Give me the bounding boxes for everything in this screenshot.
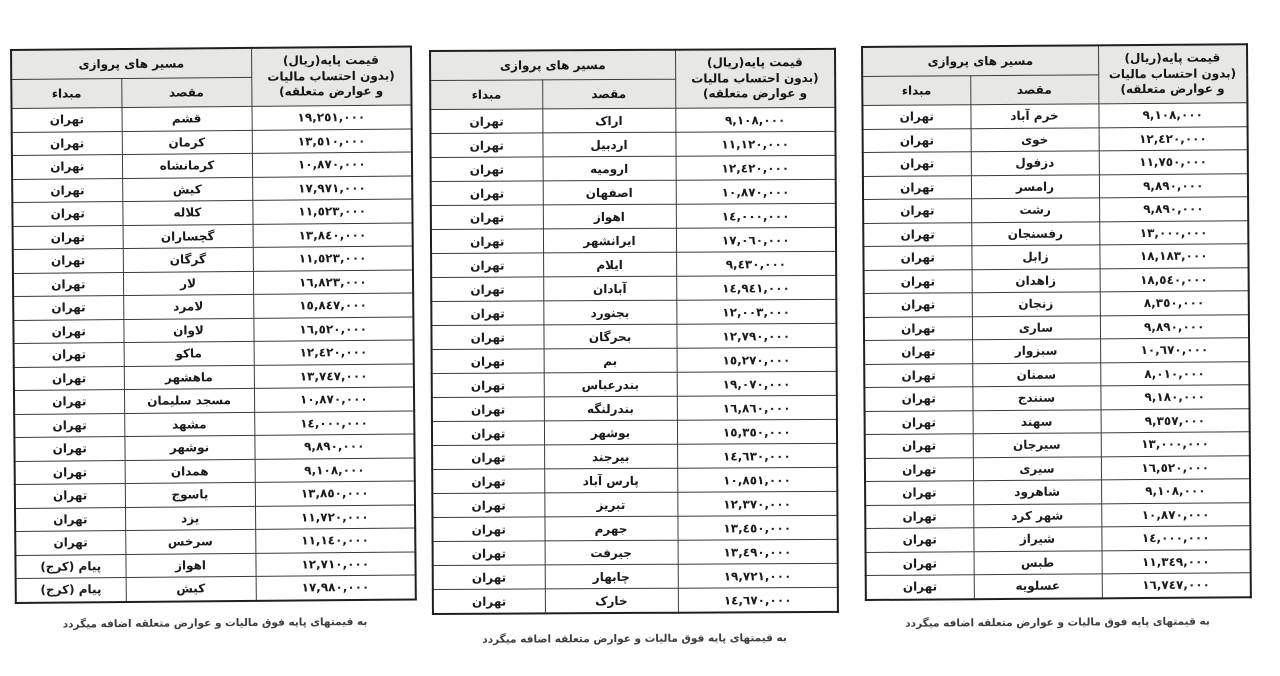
destination-cell: چابهار bbox=[545, 564, 678, 589]
routes-table-middle-section: مسیر های پروازی قیمت پایه(ریال) (بدون اح… bbox=[429, 48, 837, 646]
price-cell: ١١,٣٤٩,٠٠٠ bbox=[1102, 549, 1251, 574]
destination-cell: رشت bbox=[971, 198, 1099, 222]
destination-cell: آبادان bbox=[543, 276, 676, 301]
price-cell: ٩,٨٩٠,٠٠٠ bbox=[1099, 197, 1248, 222]
origin-cell: تهران bbox=[866, 575, 974, 600]
origin-cell: تهران bbox=[864, 293, 972, 317]
price-cell: ١٤,٩٤١,٠٠٠ bbox=[676, 275, 836, 300]
destination-cell: خوی bbox=[971, 127, 1099, 151]
table-body: تهرانقشم١٩,٢٥١,٠٠٠تهرانکرمان١٣,٥١٠,٠٠٠ته… bbox=[12, 105, 416, 602]
footer-note: به قیمتهای پایه فوق مالیات و عوارض متعلق… bbox=[865, 615, 1250, 630]
destination-cell: ساری bbox=[972, 315, 1100, 339]
price-cell: ١٦,٨٦٠,٠٠٠ bbox=[677, 395, 837, 420]
origin-cell: تهران bbox=[15, 531, 125, 555]
destination-cell: عسلویه bbox=[974, 574, 1102, 599]
price-cell: ١١,١٢٠,٠٠٠ bbox=[675, 131, 835, 156]
destination-cell: اهواز bbox=[125, 553, 255, 578]
origin-cell: تهران bbox=[14, 390, 124, 414]
destination-cell: سمنان bbox=[972, 362, 1100, 386]
table-row: تهرانبندرلنگه١٦,٨٦٠,٠٠٠ bbox=[432, 395, 837, 421]
destination-cell: کرمان bbox=[122, 130, 252, 155]
origin-cell: تهران bbox=[432, 445, 544, 470]
destination-cell: طبس bbox=[974, 550, 1102, 574]
routes-table-right-section: مسیر های پروازی قیمت پایه(ریال) (بدون اح… bbox=[861, 43, 1250, 629]
routes-table-middle: مسیر های پروازی قیمت پایه(ریال) (بدون اح… bbox=[429, 48, 839, 615]
table-row: تهرانکلاله١١,٥٢٣,٠٠٠ bbox=[12, 199, 412, 226]
origin-cell: تهران bbox=[431, 157, 543, 182]
origin-cell: تهران bbox=[13, 249, 123, 273]
price-header-line2: (بدون احتساب مالیات bbox=[678, 71, 833, 87]
origin-cell: تهران bbox=[15, 507, 125, 531]
origin-cell: تهران bbox=[864, 340, 972, 364]
table-row: تهرانکرمان١٣,٥١٠,٠٠٠ bbox=[12, 128, 412, 155]
table-row: پیام (کرج)کیش١٧,٩٨٠,٠٠٠ bbox=[16, 575, 416, 602]
destination-cell: نوشهر bbox=[124, 435, 254, 460]
price-cell: ١٢,٤٢٠,٠٠٠ bbox=[1099, 126, 1248, 151]
price-cell: ١٢,٤٢٠,٠٠٠ bbox=[254, 340, 414, 365]
origin-cell: تهران bbox=[431, 205, 543, 230]
price-cell: ١١,٧٥٠,٠٠٠ bbox=[1099, 150, 1248, 175]
origin-cell: تهران bbox=[865, 434, 973, 458]
origin-cell: تهران bbox=[14, 366, 124, 390]
destination-cell: کیش bbox=[122, 177, 252, 202]
price-header-line1: قیمت پایه(ریال) bbox=[678, 55, 833, 71]
price-cell: ١٣,٧٤٧,٠٠٠ bbox=[254, 363, 414, 388]
origin-cell: تهران bbox=[12, 178, 122, 202]
table-row: تهرانشاهرود٩,١٠٨,٠٠٠ bbox=[865, 479, 1250, 505]
destination-cell: بوشهر bbox=[544, 420, 677, 445]
origin-cell: تهران bbox=[864, 316, 972, 340]
destination-header: مقصد bbox=[542, 79, 675, 109]
routes-table-right: مسیر های پروازی قیمت پایه(ریال) (بدون اح… bbox=[861, 43, 1252, 600]
price-cell: ١٦,٨٢٣,٠٠٠ bbox=[253, 269, 413, 294]
table-row: تهرانبحرگان١٢,٧٩٠,٠٠٠ bbox=[431, 323, 836, 349]
table-row: تهرانلاوان١٦,٥٢٠,٠٠٠ bbox=[13, 316, 413, 343]
price-cell: ١٤,٦٣٠,٠٠٠ bbox=[677, 443, 837, 468]
price-header: قیمت پایه(ریال) (بدون احتساب مالیات و عو… bbox=[1098, 44, 1247, 104]
table-row: تهراناراک٩,١٠٨,٠٠٠ bbox=[430, 107, 835, 133]
destination-cell: کرمانشاه bbox=[122, 153, 252, 178]
origin-cell: تهران bbox=[13, 319, 123, 343]
table-row: تهرانگرگان١١,٥٢٣,٠٠٠ bbox=[13, 246, 413, 273]
price-cell: ٩,٨٩٠,٠٠٠ bbox=[254, 434, 414, 459]
table-row: تهرانهمدان٩,١٠٨,٠٠٠ bbox=[15, 457, 415, 484]
destination-cell: رفسنجان bbox=[971, 221, 1099, 245]
routes-header: مسیر های پروازی bbox=[430, 50, 675, 81]
price-cell: ١٤,٠٠٠,٠٠٠ bbox=[676, 203, 836, 228]
table-row: تهرانلار١٦,٨٢٣,٠٠٠ bbox=[13, 269, 413, 296]
table-row: تهرانکیش١٧,٩٧١,٠٠٠ bbox=[12, 175, 412, 202]
table-row: تهرانشیراز١٤,٠٠٠,٠٠٠ bbox=[865, 526, 1250, 552]
origin-cell: تهران bbox=[862, 105, 970, 129]
price-header-line2: (بدون احتساب مالیات bbox=[1101, 66, 1245, 83]
destination-cell: ماکو bbox=[124, 341, 254, 366]
table-header: مسیر های پروازی قیمت پایه(ریال) (بدون اح… bbox=[862, 44, 1247, 105]
table-row: تهرانجیرفت١٣,٤٩٠,٠٠٠ bbox=[433, 539, 838, 565]
price-header-line3: و عوارض متعلقه) bbox=[254, 84, 409, 101]
destination-cell: جیرفت bbox=[545, 540, 678, 565]
destination-cell: سبزوار bbox=[972, 339, 1100, 363]
destination-cell: قشم bbox=[122, 106, 252, 131]
table-row: تهرانسبزوار١٠,٦٧٠,٠٠٠ bbox=[864, 338, 1249, 364]
table-row: تهرانسنندج٩,١٨٠,٠٠٠ bbox=[864, 385, 1249, 411]
destination-cell: خرم آباد bbox=[970, 104, 1098, 128]
price-cell: ١٧,٠٦٠,٠٠٠ bbox=[676, 227, 836, 252]
origin-cell: تهران bbox=[12, 108, 122, 132]
destination-cell: کلاله bbox=[122, 200, 252, 225]
destination-cell: مشهد bbox=[124, 412, 254, 437]
origin-cell: تهران bbox=[12, 131, 122, 155]
destination-cell: گچساران bbox=[123, 224, 253, 249]
destination-cell: تبریز bbox=[544, 492, 677, 517]
origin-cell: تهران bbox=[430, 109, 542, 134]
price-cell: ١٣,٤٩٠,٠٠٠ bbox=[678, 539, 838, 564]
table-row: تهرانخوی١٢,٤٢٠,٠٠٠ bbox=[863, 126, 1248, 152]
origin-cell: تهران bbox=[432, 469, 544, 494]
price-cell: ٩,٨٩٠,٠٠٠ bbox=[1099, 173, 1248, 198]
table-row: تهرانزنجان٨,٣٥٠,٠٠٠ bbox=[864, 291, 1249, 317]
origin-cell: تهران bbox=[432, 421, 544, 446]
table-body: تهرانخرم آباد٩,١٠٨,٠٠٠تهرانخوی١٢,٤٢٠,٠٠٠… bbox=[862, 103, 1250, 600]
table-row: تهراناهواز١٤,٠٠٠,٠٠٠ bbox=[431, 203, 836, 229]
destination-cell: اردبیل bbox=[542, 132, 675, 157]
origin-cell: تهران bbox=[14, 343, 124, 367]
table-row: تهرانماهشهر١٣,٧٤٧,٠٠٠ bbox=[14, 363, 414, 390]
destination-cell: بحرگان bbox=[543, 324, 676, 349]
table-row: تهرانبم١٥,٢٧٠,٠٠٠ bbox=[432, 347, 837, 373]
table-row: تهرانایرانشهر١٧,٠٦٠,٠٠٠ bbox=[431, 227, 836, 253]
price-cell: ١٣,٥١٠,٠٠٠ bbox=[252, 128, 412, 153]
price-cell: ١٥,٣٥٠,٠٠٠ bbox=[677, 419, 837, 444]
price-cell: ١٠,٨٥١,٠٠٠ bbox=[677, 467, 837, 492]
routes-table-left-section: مسیر های پروازی قیمت پایه(ریال) (بدون اح… bbox=[10, 46, 415, 631]
price-header: قیمت پایه(ریال) (بدون احتساب مالیات و عو… bbox=[251, 47, 412, 107]
table-row: تهرانبوشهر١٥,٣٥٠,٠٠٠ bbox=[432, 419, 837, 445]
table-row: تهرانقشم١٩,٢٥١,٠٠٠ bbox=[12, 105, 412, 132]
footer-note: به قیمتهای پایه فوق مالیات و عوارض متعلق… bbox=[432, 632, 837, 646]
footer-note: به قیمتهای پایه فوق مالیات و عوارض متعلق… bbox=[15, 615, 415, 630]
price-cell: ٩,١٠٨,٠٠٠ bbox=[1101, 479, 1250, 504]
destination-cell: همدان bbox=[125, 459, 255, 484]
price-cell: ١٥,٨٤٧,٠٠٠ bbox=[253, 293, 413, 318]
destination-cell: بندرعباس bbox=[544, 372, 677, 397]
table-row: تهرانکرمانشاه١٠,٨٧٠,٠٠٠ bbox=[12, 152, 412, 179]
table-row: تهرانارومیه١٢,٤٢٠,٠٠٠ bbox=[431, 155, 836, 181]
origin-cell: تهران bbox=[865, 528, 973, 552]
origin-cell: تهران bbox=[13, 225, 123, 249]
price-cell: ١١,٥٢٣,٠٠٠ bbox=[252, 199, 412, 224]
origin-cell: تهران bbox=[431, 325, 543, 350]
origin-cell: تهران bbox=[14, 413, 124, 437]
destination-header: مقصد bbox=[970, 75, 1098, 105]
table-row: تهرانمسجد سلیمان١٠,٨٧٠,٠٠٠ bbox=[14, 387, 414, 414]
destination-cell: ایلام bbox=[543, 252, 676, 277]
price-cell: ١٤,٠٠٠,٠٠٠ bbox=[254, 410, 414, 435]
origin-cell: تهران bbox=[431, 301, 543, 326]
origin-cell: تهران bbox=[863, 246, 971, 270]
price-header-line1: قیمت پایه(ریال) bbox=[254, 53, 409, 70]
origin-cell: تهران bbox=[14, 437, 124, 461]
origin-cell: تهران bbox=[864, 269, 972, 293]
table-row: تهرانشهر کرد١٠,٨٧٠,٠٠٠ bbox=[865, 502, 1250, 528]
price-cell: ٨,٣٥٠,٠٠٠ bbox=[1100, 291, 1249, 316]
price-cell: ٨,٠١٠,٠٠٠ bbox=[1100, 361, 1249, 386]
destination-cell: سیری bbox=[973, 456, 1101, 480]
destination-cell: شاهرود bbox=[973, 480, 1101, 504]
price-header-line3: و عوارض متعلقه) bbox=[678, 86, 833, 102]
table-row: تهرانسیری١٦,٥٢٠,٠٠٠ bbox=[865, 455, 1250, 481]
table-row: تهرانآبادان١٤,٩٤١,٠٠٠ bbox=[431, 275, 836, 301]
origin-cell: تهران bbox=[865, 504, 973, 528]
destination-cell: جهرم bbox=[544, 516, 677, 541]
table-row: تهراناردبیل١١,١٢٠,٠٠٠ bbox=[430, 131, 835, 157]
destination-cell: ماهشهر bbox=[124, 365, 254, 390]
table-row: تهرانپارس آباد١٠,٨٥١,٠٠٠ bbox=[432, 467, 837, 493]
price-cell: ٩,٨٩٠,٠٠٠ bbox=[1100, 314, 1249, 339]
origin-cell: تهران bbox=[866, 551, 974, 575]
destination-cell: گرگان bbox=[123, 247, 253, 272]
origin-cell: تهران bbox=[432, 397, 544, 422]
table-row: پیام (کرج)اهواز١٢,٧١٠,٠٠٠ bbox=[15, 551, 415, 578]
origin-cell: تهران bbox=[433, 565, 545, 590]
price-cell: ١٠,٨٧٠,٠٠٠ bbox=[1101, 502, 1250, 527]
table-row: تهرانیزد١١,٧٢٠,٠٠٠ bbox=[15, 504, 415, 531]
table-row: تهرانساری٩,٨٩٠,٠٠٠ bbox=[864, 314, 1249, 340]
table-row: تهرانزاهدان١٨,٥٤٠,٠٠٠ bbox=[864, 267, 1249, 293]
origin-cell: تهران bbox=[431, 181, 543, 206]
price-cell: ١٣,٨٤٠,٠٠٠ bbox=[253, 222, 413, 247]
price-cell: ١١,٧٢٠,٠٠٠ bbox=[255, 504, 415, 529]
destination-cell: بم bbox=[544, 348, 677, 373]
destination-cell: زنجان bbox=[972, 292, 1100, 316]
origin-cell: تهران bbox=[431, 253, 543, 278]
origin-cell: تهران bbox=[12, 155, 122, 179]
table-row: تهرانلامرد١٥,٨٤٧,٠٠٠ bbox=[13, 293, 413, 320]
price-cell: ٩,١٠٨,٠٠٠ bbox=[1098, 103, 1247, 128]
destination-cell: لار bbox=[123, 271, 253, 296]
origin-cell: تهران bbox=[865, 410, 973, 434]
price-cell: ١٠,٨٧٠,٠٠٠ bbox=[252, 152, 412, 177]
destination-cell: شیراز bbox=[973, 527, 1101, 551]
price-header-line3: و عوارض متعلقه) bbox=[1101, 82, 1245, 99]
price-cell: ١٤,٦٧٠,٠٠٠ bbox=[678, 587, 838, 612]
table-row: تهرانیاسوج١٣,٨٥٠,٠٠٠ bbox=[15, 481, 415, 508]
table-row: تهرانچابهار١٩,٧٢١,٠٠٠ bbox=[433, 563, 838, 589]
destination-cell: سهند bbox=[973, 409, 1101, 433]
price-cell: ٩,١٠٨,٠٠٠ bbox=[255, 457, 415, 482]
destination-cell: اصفهان bbox=[543, 180, 676, 205]
table-row: تهرانگچساران١٣,٨٤٠,٠٠٠ bbox=[13, 222, 413, 249]
destination-cell: زابل bbox=[971, 245, 1099, 269]
price-cell: ١٢,٧١٠,٠٠٠ bbox=[255, 551, 415, 576]
table-row: تهرانرفسنجان١٣,٠٠٠,٠٠٠ bbox=[863, 220, 1248, 246]
origin-cell: تهران bbox=[15, 484, 125, 508]
destination-cell: خارک bbox=[545, 588, 678, 613]
table-row: تهرانخارک١٤,٦٧٠,٠٠٠ bbox=[433, 587, 838, 614]
destination-cell: شهر کرد bbox=[973, 503, 1101, 527]
price-cell: ٩,١٨٠,٠٠٠ bbox=[1100, 385, 1249, 410]
price-cell: ١٨,٥٤٠,٠٠٠ bbox=[1100, 267, 1249, 292]
table-row: تهرانبیرجند١٤,٦٣٠,٠٠٠ bbox=[432, 443, 837, 469]
price-cell: ١١,١٤٠,٠٠٠ bbox=[255, 528, 415, 553]
origin-cell: تهران bbox=[863, 199, 971, 223]
price-cell: ١٨,١٨٣,٠٠٠ bbox=[1099, 244, 1248, 269]
table-row: تهرانطبس١١,٣٤٩,٠٠٠ bbox=[866, 549, 1251, 575]
origin-cell: پیام (کرج) bbox=[15, 554, 125, 578]
price-cell: ١٣,٨٥٠,٠٠٠ bbox=[255, 481, 415, 506]
price-cell: ١٥,٢٧٠,٠٠٠ bbox=[677, 347, 837, 372]
origin-cell: تهران bbox=[863, 128, 971, 152]
origin-cell: تهران bbox=[431, 229, 543, 254]
destination-cell: یاسوج bbox=[125, 482, 255, 507]
table-body: تهراناراک٩,١٠٨,٠٠٠تهراناردبیل١١,١٢٠,٠٠٠ت… bbox=[430, 107, 838, 614]
destination-cell: ارومیه bbox=[543, 156, 676, 181]
origin-cell: تهران bbox=[432, 349, 544, 374]
table-row: تهرانخرم آباد٩,١٠٨,٠٠٠ bbox=[862, 103, 1247, 129]
table-header: مسیر های پروازی قیمت پایه(ریال) (بدون اح… bbox=[11, 47, 412, 109]
price-cell: ١٤,٠٠٠,٠٠٠ bbox=[1101, 526, 1250, 551]
origin-header: مبداء bbox=[430, 80, 542, 110]
table-header: مسیر های پروازی قیمت پایه(ریال) (بدون اح… bbox=[430, 49, 835, 110]
price-cell: ١٦,٥٢٠,٠٠٠ bbox=[253, 316, 413, 341]
price-cell: ١٩,٢٥١,٠٠٠ bbox=[252, 105, 412, 130]
table-row: تهرانبجنورد١٢,٠٠٣,٠٠٠ bbox=[431, 299, 836, 325]
origin-cell: تهران bbox=[433, 589, 545, 614]
price-cell: ١٠,٨٧٠,٠٠٠ bbox=[254, 387, 414, 412]
table-row: تهرانجهرم١٣,٤٥٠,٠٠٠ bbox=[432, 515, 837, 541]
destination-cell: لاوان bbox=[123, 318, 253, 343]
price-cell: ١٩,٠٧٠,٠٠٠ bbox=[677, 371, 837, 396]
table-row: تهرانسیرجان١٣,٠٠٠,٠٠٠ bbox=[865, 432, 1250, 458]
table-row: تهرانسرخس١١,١٤٠,٠٠٠ bbox=[15, 528, 415, 555]
price-cell: ١٩,٧٢١,٠٠٠ bbox=[678, 563, 838, 588]
origin-header: مبداء bbox=[862, 76, 970, 106]
table-row: تهرانعسلویه١٦,٧٤٧,٠٠٠ bbox=[866, 573, 1251, 600]
table-row: تهرانرامسر٩,٨٩٠,٠٠٠ bbox=[863, 173, 1248, 199]
origin-cell: تهران bbox=[863, 222, 971, 246]
price-cell: ٩,٣٥٧,٠٠٠ bbox=[1101, 408, 1250, 433]
destination-cell: لامرد bbox=[123, 294, 253, 319]
table-row: تهرانبندرعباس١٩,٠٧٠,٠٠٠ bbox=[432, 371, 837, 397]
table-row: تهرانسهند٩,٣٥٧,٠٠٠ bbox=[865, 408, 1250, 434]
destination-cell: دزفول bbox=[971, 151, 1099, 175]
table-row: تهرانماکو١٢,٤٢٠,٠٠٠ bbox=[14, 340, 414, 367]
origin-cell: تهران bbox=[863, 175, 971, 199]
destination-cell: بندرلنگه bbox=[544, 396, 677, 421]
destination-cell: اهواز bbox=[543, 204, 676, 229]
origin-cell: تهران bbox=[864, 387, 972, 411]
origin-cell: تهران bbox=[13, 296, 123, 320]
table-row: تهرانسمنان٨,٠١٠,٠٠٠ bbox=[864, 361, 1249, 387]
price-cell: ١٢,٤٢٠,٠٠٠ bbox=[676, 155, 836, 180]
destination-cell: اراک bbox=[542, 108, 675, 133]
routes-table-left: مسیر های پروازی قیمت پایه(ریال) (بدون اح… bbox=[10, 45, 417, 603]
price-cell: ١٠,٨٧٠,٠٠٠ bbox=[676, 179, 836, 204]
origin-cell: پیام (کرج) bbox=[16, 578, 126, 603]
price-cell: ١٧,٩٧١,٠٠٠ bbox=[252, 175, 412, 200]
price-header: قیمت پایه(ریال) (بدون احتساب مالیات و عو… bbox=[675, 49, 835, 108]
price-cell: ١٢,٠٠٣,٠٠٠ bbox=[676, 299, 836, 324]
destination-cell: کیش bbox=[126, 576, 256, 601]
origin-cell: تهران bbox=[12, 202, 122, 226]
destination-cell: رامسر bbox=[971, 174, 1099, 198]
origin-cell: تهران bbox=[431, 277, 543, 302]
routes-header: مسیر های پروازی bbox=[11, 48, 251, 80]
price-cell: ١٧,٩٨٠,٠٠٠ bbox=[256, 575, 416, 600]
origin-cell: تهران bbox=[432, 517, 544, 542]
table-row: تهرانرشت٩,٨٩٠,٠٠٠ bbox=[863, 197, 1248, 223]
price-cell: ١٢,٧٩٠,٠٠٠ bbox=[676, 323, 836, 348]
price-cell: ١٣,٠٠٠,٠٠٠ bbox=[1099, 220, 1248, 245]
origin-cell: تهران bbox=[430, 133, 542, 158]
origin-cell: تهران bbox=[865, 481, 973, 505]
price-cell: ١٦,٥٢٠,٠٠٠ bbox=[1101, 455, 1250, 480]
table-row: تهراننوشهر٩,٨٩٠,٠٠٠ bbox=[14, 434, 414, 461]
origin-cell: تهران bbox=[865, 457, 973, 481]
origin-cell: تهران bbox=[863, 152, 971, 176]
destination-cell: پارس آباد bbox=[544, 468, 677, 493]
price-cell: ٩,١٠٨,٠٠٠ bbox=[675, 107, 835, 132]
destination-cell: بیرجند bbox=[544, 444, 677, 469]
origin-cell: تهران bbox=[432, 373, 544, 398]
origin-cell: تهران bbox=[864, 363, 972, 387]
price-cell: ١٣,٤٥٠,٠٠٠ bbox=[677, 515, 837, 540]
price-cell: ١٠,٦٧٠,٠٠٠ bbox=[1100, 338, 1249, 363]
price-cell: ٩,٤٣٠,٠٠٠ bbox=[676, 251, 836, 276]
price-cell: ١٢,٣٧٠,٠٠٠ bbox=[677, 491, 837, 516]
destination-header: مقصد bbox=[121, 77, 251, 107]
table-row: تهراناصفهان١٠,٨٧٠,٠٠٠ bbox=[431, 179, 836, 205]
destination-cell: بجنورد bbox=[543, 300, 676, 325]
destination-cell: ایرانشهر bbox=[543, 228, 676, 253]
table-row: تهرانمشهد١٤,٠٠٠,٠٠٠ bbox=[14, 410, 414, 437]
destination-cell: زاهدان bbox=[972, 268, 1100, 292]
origin-cell: تهران bbox=[13, 272, 123, 296]
origin-cell: تهران bbox=[433, 541, 545, 566]
table-row: تهرانایلام٩,٤٣٠,٠٠٠ bbox=[431, 251, 836, 277]
origin-cell: تهران bbox=[15, 460, 125, 484]
destination-cell: سرخس bbox=[125, 529, 255, 554]
destination-cell: مسجد سلیمان bbox=[124, 388, 254, 413]
table-row: تهرانزابل١٨,١٨٣,٠٠٠ bbox=[863, 244, 1248, 270]
table-row: تهراندزفول١١,٧٥٠,٠٠٠ bbox=[863, 150, 1248, 176]
destination-cell: یزد bbox=[125, 506, 255, 531]
routes-header: مسیر های پروازی bbox=[862, 45, 1098, 76]
price-cell: ١٦,٧٤٧,٠٠٠ bbox=[1102, 573, 1251, 598]
destination-cell: سنندج bbox=[972, 386, 1100, 410]
destination-cell: سیرجان bbox=[973, 433, 1101, 457]
origin-header: مبداء bbox=[11, 79, 121, 109]
origin-cell: تهران bbox=[432, 493, 544, 518]
price-header-line1: قیمت پایه(ریال) bbox=[1101, 50, 1245, 67]
price-cell: ١٣,٠٠٠,٠٠٠ bbox=[1101, 432, 1250, 457]
price-cell: ١١,٥٢٣,٠٠٠ bbox=[253, 246, 413, 271]
table-row: تهرانتبریز١٢,٣٧٠,٠٠٠ bbox=[432, 491, 837, 517]
price-header-line2: (بدون احتساب مالیات bbox=[254, 68, 409, 85]
